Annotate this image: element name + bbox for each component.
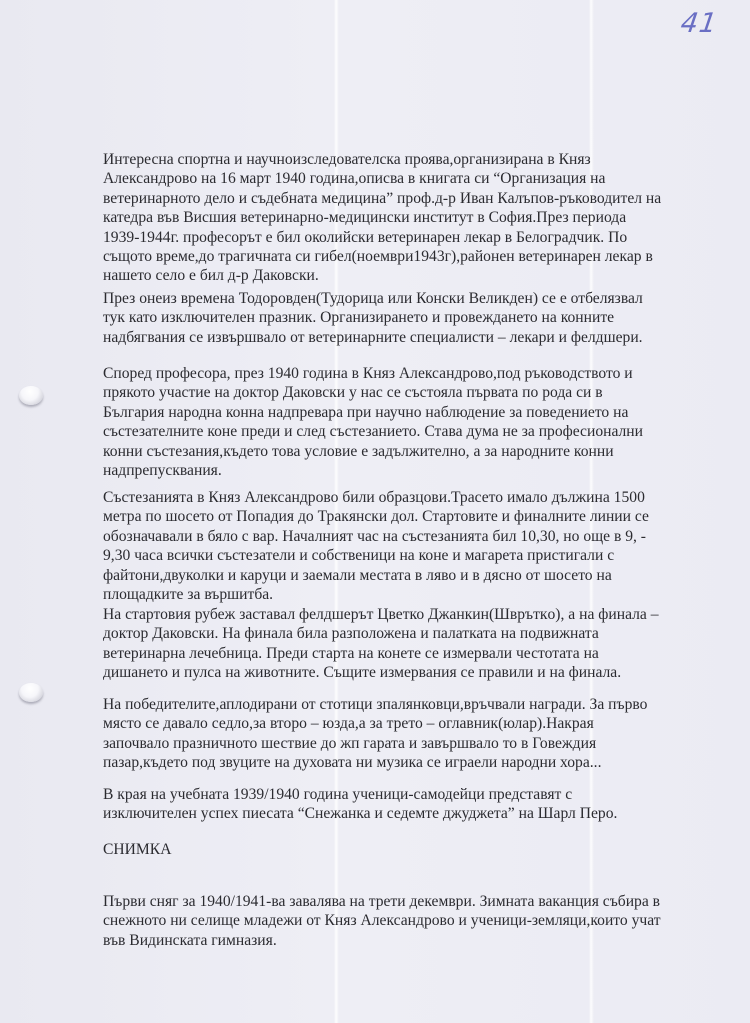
paragraph-first-snow: Първи сняг за 1940/1941-ва завалява на т… — [103, 892, 661, 950]
photo-placeholder-label: СНИМКА — [103, 840, 171, 859]
paragraph-school-play: В края на учебната 1939/1940 година учен… — [103, 785, 617, 824]
punch-hole-icon — [19, 386, 43, 405]
scanned-page: 41 Интересна спортна и научноизследовате… — [0, 0, 750, 1023]
paragraph-competitions: Състезанията в Княз Александрово били об… — [103, 488, 649, 604]
paragraph-professor: Според професора, през 1940 година в Кня… — [103, 364, 643, 480]
punch-hole-icon — [19, 683, 43, 702]
handwritten-page-number: 41 — [679, 8, 720, 39]
paragraph-intro: Интересна спортна и научноизследователск… — [103, 150, 661, 286]
paragraph-winners: На победителите,аплодирани от стотици зп… — [103, 695, 647, 773]
paragraph-todorovden: През онеиз времена Тодоровден(Тудорица и… — [103, 289, 643, 347]
paragraph-start-finish: На стартовия рубеж заставал фелдшерът Цв… — [103, 605, 659, 683]
